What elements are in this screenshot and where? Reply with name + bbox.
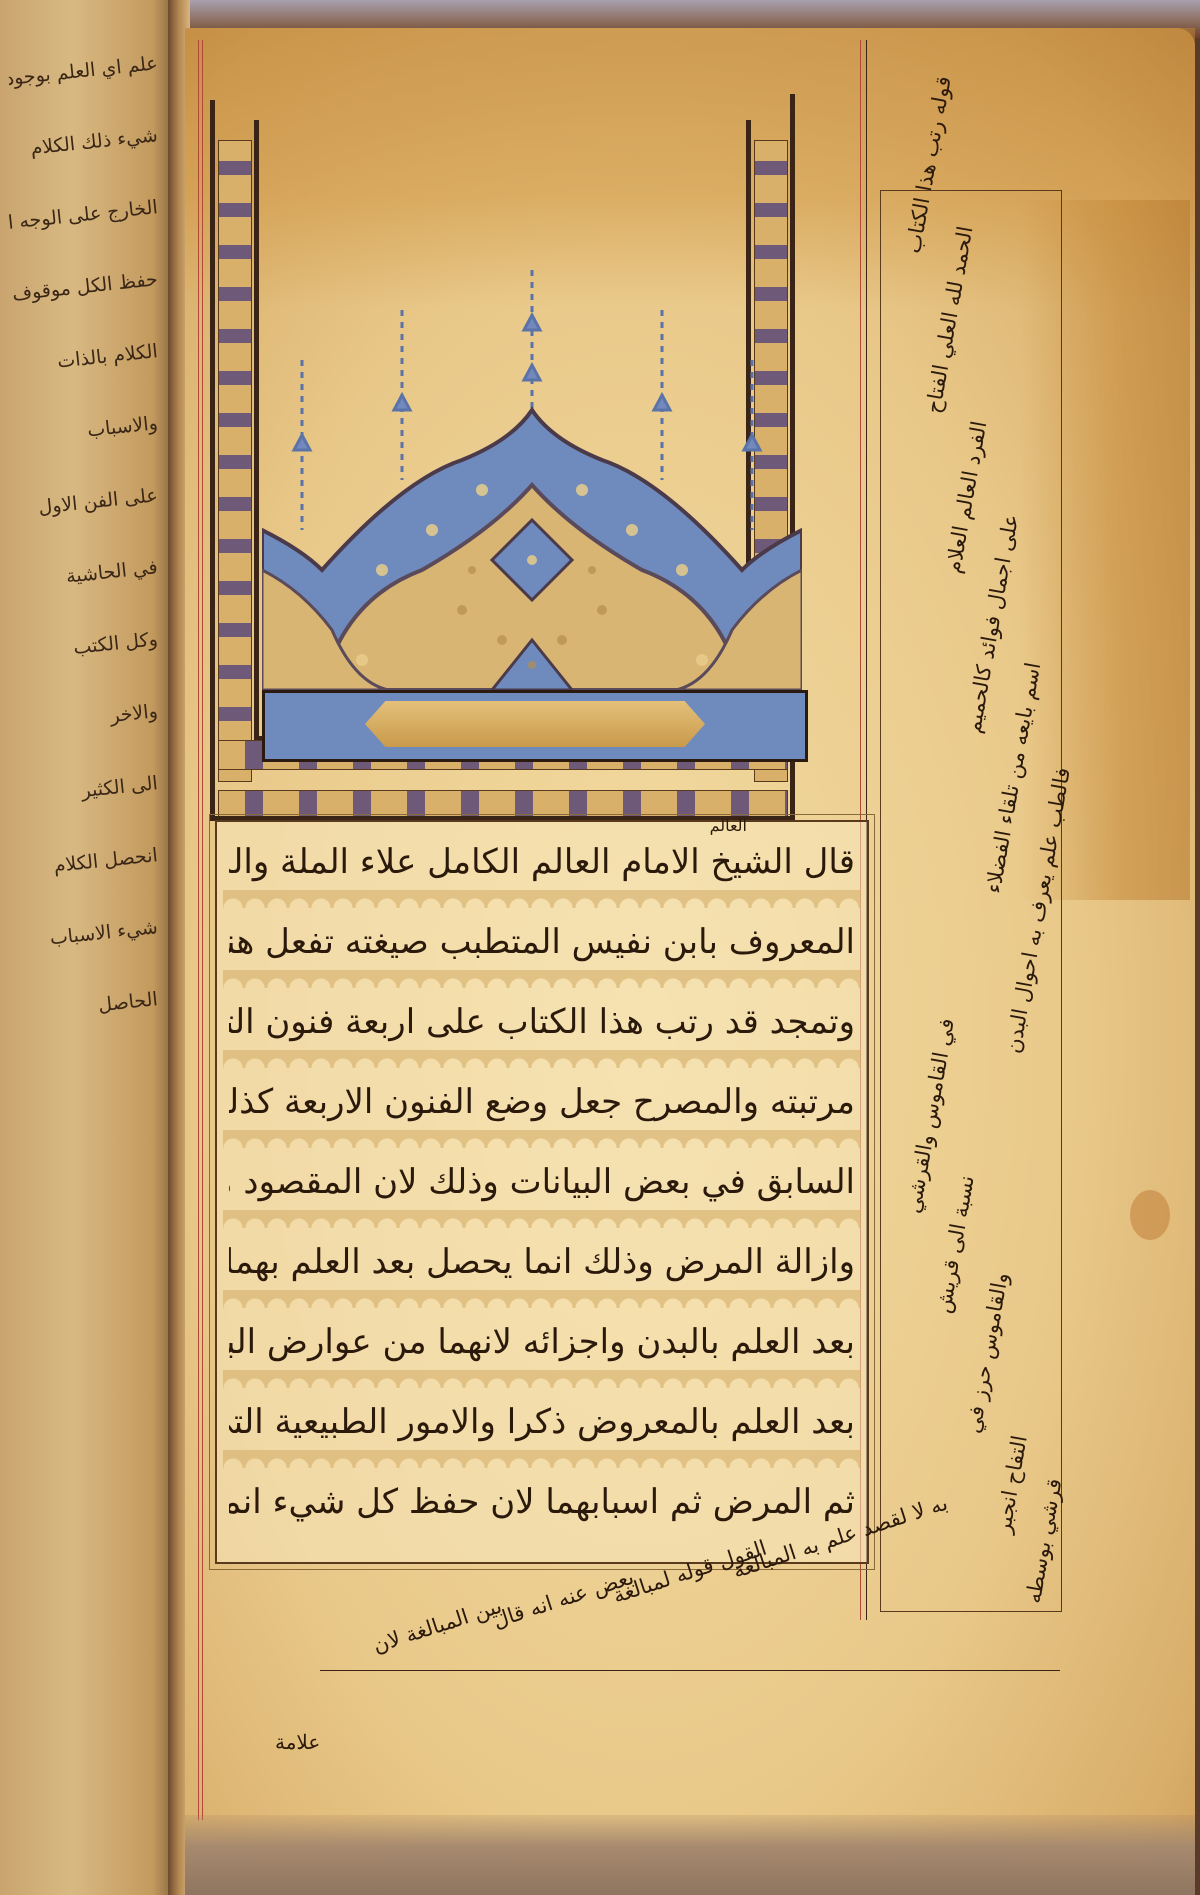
margin-note: والقاموس حرز في — [961, 1271, 1013, 1435]
margin-note: التفاح انجبر — [991, 1434, 1032, 1536]
lapis-arch-ornament — [262, 270, 802, 740]
left-page-line: الخارج على الوجه الكلي — [7, 196, 158, 234]
bottom-note-rule — [320, 1670, 1060, 1671]
gold-title-panel — [365, 701, 705, 747]
left-page-line: والاخر — [7, 700, 158, 738]
text-line-5: السابق في بعض البيانات وذلك لان المقصود … — [229, 1152, 855, 1212]
headpiece-inner-rule-left — [254, 120, 259, 740]
text-line-6: وازالة المرض وذلك انما يحصل بعد العلم به… — [229, 1232, 855, 1292]
damaged-page-edge — [185, 1815, 1195, 1895]
cloud-band — [223, 1050, 861, 1068]
margin-note: الحمد لله العلي الفتاح — [921, 224, 978, 415]
main-text-block: العالم قال الشيخ الامام العالم الكامل عل… — [215, 820, 869, 1564]
text-line-8: بعد العلم بالمعروض ذكرا والامور الطبيعية… — [229, 1392, 855, 1452]
left-page-line: في الحاشية — [7, 556, 158, 594]
cloud-band — [223, 1370, 861, 1388]
left-page-line: وكل الكتب — [7, 628, 158, 666]
left-page-line: شيء الاسباب — [7, 916, 158, 954]
margin-note: نسبة الى قريش — [931, 1174, 979, 1316]
floral-border-left — [218, 140, 252, 782]
margin-note: في القاموس والقرشي — [901, 1016, 959, 1215]
left-page-line: الكلام بالذات — [7, 340, 158, 378]
left-page-line: على الفن الاول — [7, 484, 158, 522]
text-line-2: المعروف بابن نفيس المتطبب صيغته تفعل هنا… — [229, 912, 855, 972]
cloud-band — [223, 1450, 861, 1468]
text-line-1: قال الشيخ الامام العالم الكامل علاء المل… — [229, 832, 855, 892]
text-line-3: وتمجد قد رتب هذا الكتاب على اربعة فنون ا… — [229, 992, 855, 1052]
stain-spot — [1130, 1190, 1170, 1240]
text-line-7: بعد العلم بالبدن واجزائه لانهما من عوارض… — [229, 1312, 855, 1372]
text-line-4: مرتبته والمصرح جعل وضع الفنون الاربعة كذ… — [229, 1072, 855, 1132]
left-page-line: علم اي العلم بوجود الصحة — [7, 52, 158, 90]
cloud-band — [223, 1130, 861, 1148]
left-page-line: الحاصل — [7, 988, 158, 1026]
cloud-band — [223, 970, 861, 988]
text-line-9: ثم المرض ثم اسبابهما لان حفظ كل شيء انما… — [229, 1472, 855, 1532]
bottom-note: بين المبالغة لان — [370, 1594, 505, 1658]
title-cartouche — [262, 690, 808, 762]
left-page-line: الى الكثير — [7, 772, 158, 810]
cloud-band — [223, 890, 861, 908]
left-page-line: حفظ الكل موقوف — [7, 268, 158, 306]
illuminated-headpiece — [210, 100, 850, 820]
bottom-commentary: به لا لقصد علم به المبالغة القول قوله لم… — [310, 1560, 1050, 1670]
left-page-line: شيء ذلك الكلام — [7, 124, 158, 162]
margin-commentary: قوله رتب هذا الكتاب الحمد لله العلي الفت… — [880, 190, 1062, 1612]
cloud-band — [223, 1290, 861, 1308]
page-rule-left-2 — [202, 40, 203, 1820]
margin-note: الفرد العالم العلام — [941, 419, 991, 575]
signature-note: علامة — [275, 1730, 320, 1754]
page-rule-left — [198, 40, 199, 1820]
headpiece-outer-rule-left — [210, 100, 215, 820]
cloud-band — [223, 1210, 861, 1228]
left-page-line: والاسباب — [7, 412, 158, 450]
left-page: علم اي العلم بوجود الصحةشيء ذلك الكلامال… — [0, 0, 180, 1895]
left-page-line: انحصل الكلام — [7, 844, 158, 882]
